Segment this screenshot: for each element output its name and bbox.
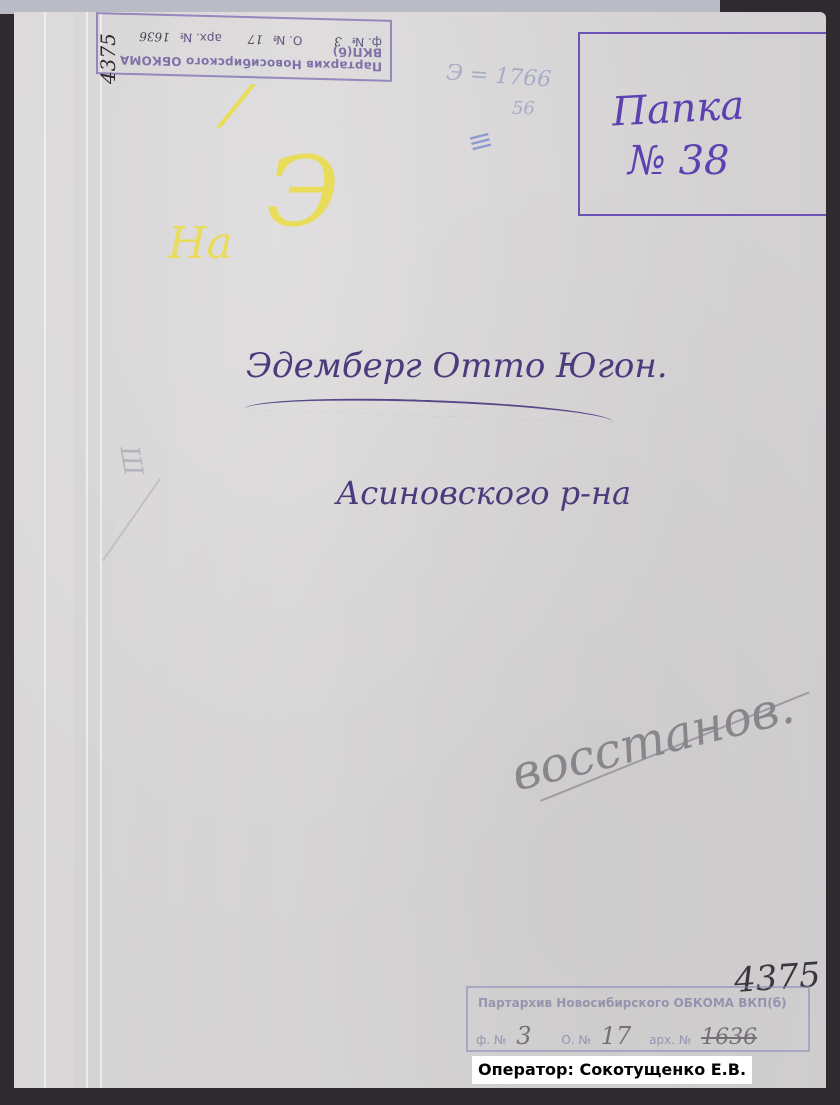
yellow-mark-na: На [168,218,233,269]
scanner-edge-right [826,0,840,1105]
opis-value: 17 [248,32,263,46]
operator-caption: Оператор: Сокотущенко Е.В. [472,1056,752,1084]
opis-label: О. № [273,33,303,48]
arch-label: арх. № [649,1033,691,1047]
fold-line [86,12,88,1092]
district: Асиновского р-на [336,474,631,512]
scanner-edge-bottom [0,1088,840,1105]
yellow-mark-e: Э [266,136,339,248]
fold-line [44,12,46,1092]
stamp-fields: ф. № 3 О. № 17 арх. № 1636 [476,1022,806,1050]
fond-value: 3 [334,34,342,48]
folder-number: № 38 [628,138,729,184]
fond-value: 3 [516,1022,531,1050]
person-name: Эдемберг Отто Югон. [246,346,668,386]
arch-value-struck: 1636 [701,1025,757,1050]
arch-label: арх. № [180,30,222,45]
archive-stamp-bottom: Партархив Новосибирского ОБКОМА ВКП(б) ф… [466,986,810,1052]
fond-label: ф. № [352,35,382,50]
fold-line [100,12,102,1092]
stamp-header: Партархив Новосибирского ОБКОМА ВКП(б) [478,996,787,1010]
opis-label: О. № [561,1033,591,1047]
margin-number: 4375 [96,33,120,84]
arch-value: 1636 [139,29,170,44]
folder-title: Папка [611,83,745,136]
reference-note-sub: 56 [512,98,535,119]
faint-pencil-mark: Ш [113,444,148,478]
opis-value: 17 [601,1022,632,1050]
fond-label: ф. № [476,1033,506,1047]
